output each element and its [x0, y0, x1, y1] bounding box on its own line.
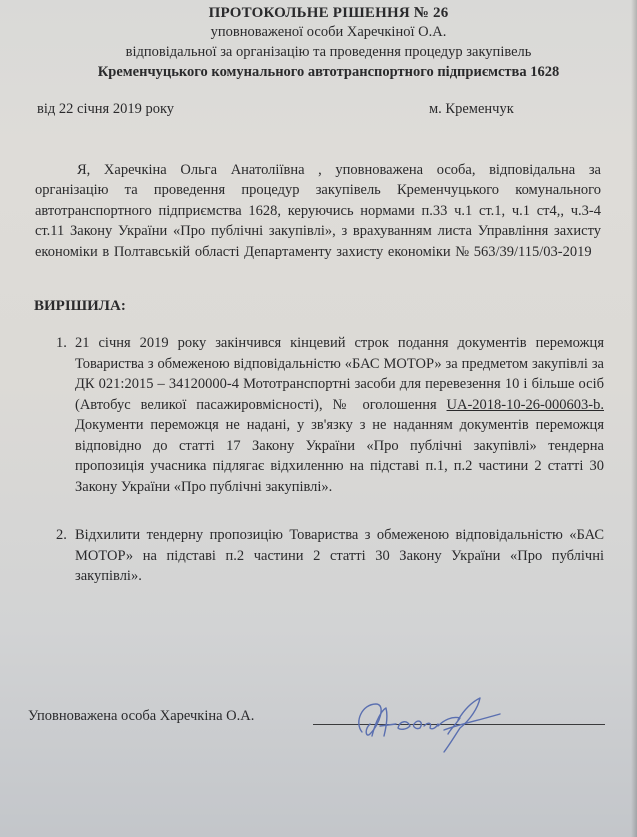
signature-label: Уповноважена особа Харечкіна О.А. — [28, 708, 254, 725]
document-header: ПРОТОКОЛЬНЕ РІШЕННЯ № 26 уповноваженої о… — [0, 4, 637, 82]
decision-item-text: Відхилити тендерну пропозицію Товариства… — [75, 527, 604, 584]
document-subtitle-role: відповідальної за організацію та проведе… — [20, 42, 637, 62]
decision-item-number: 2. — [56, 525, 67, 546]
decision-item-text-continued: Документи переможця не надані, у зв'язку… — [75, 417, 604, 495]
document-date: від 22 січня 2019 року — [37, 101, 174, 118]
document-subtitle-person: уповноваженої особи Харечкіної О.А. — [20, 22, 637, 42]
handwritten-signature-icon — [340, 690, 510, 760]
document-organization: Кременчуцького комунального автотранспор… — [20, 62, 637, 82]
page-edge-shadow — [631, 0, 637, 837]
decision-item-2: 2. Відхилити тендерну пропозицію Товарис… — [48, 525, 604, 587]
intro-paragraph: Я, Харечкіна Ольга Анатоліївна , уповнов… — [35, 160, 601, 263]
decision-item-number: 1. — [56, 333, 67, 354]
document-page: ПРОТОКОЛЬНЕ РІШЕННЯ № 26 уповноваженої о… — [0, 0, 637, 837]
document-city: м. Кременчук — [429, 101, 514, 118]
decision-list: 1. 21 січня 2019 року закінчився кінцеви… — [48, 333, 604, 587]
decided-heading: ВИРІШИЛА: — [34, 298, 126, 315]
decision-item-1: 1. 21 січня 2019 року закінчився кінцеви… — [48, 333, 604, 497]
announcement-id: UA-2018-10-26-000603-b. — [447, 397, 604, 413]
document-title: ПРОТОКОЛЬНЕ РІШЕННЯ № 26 — [20, 4, 637, 22]
